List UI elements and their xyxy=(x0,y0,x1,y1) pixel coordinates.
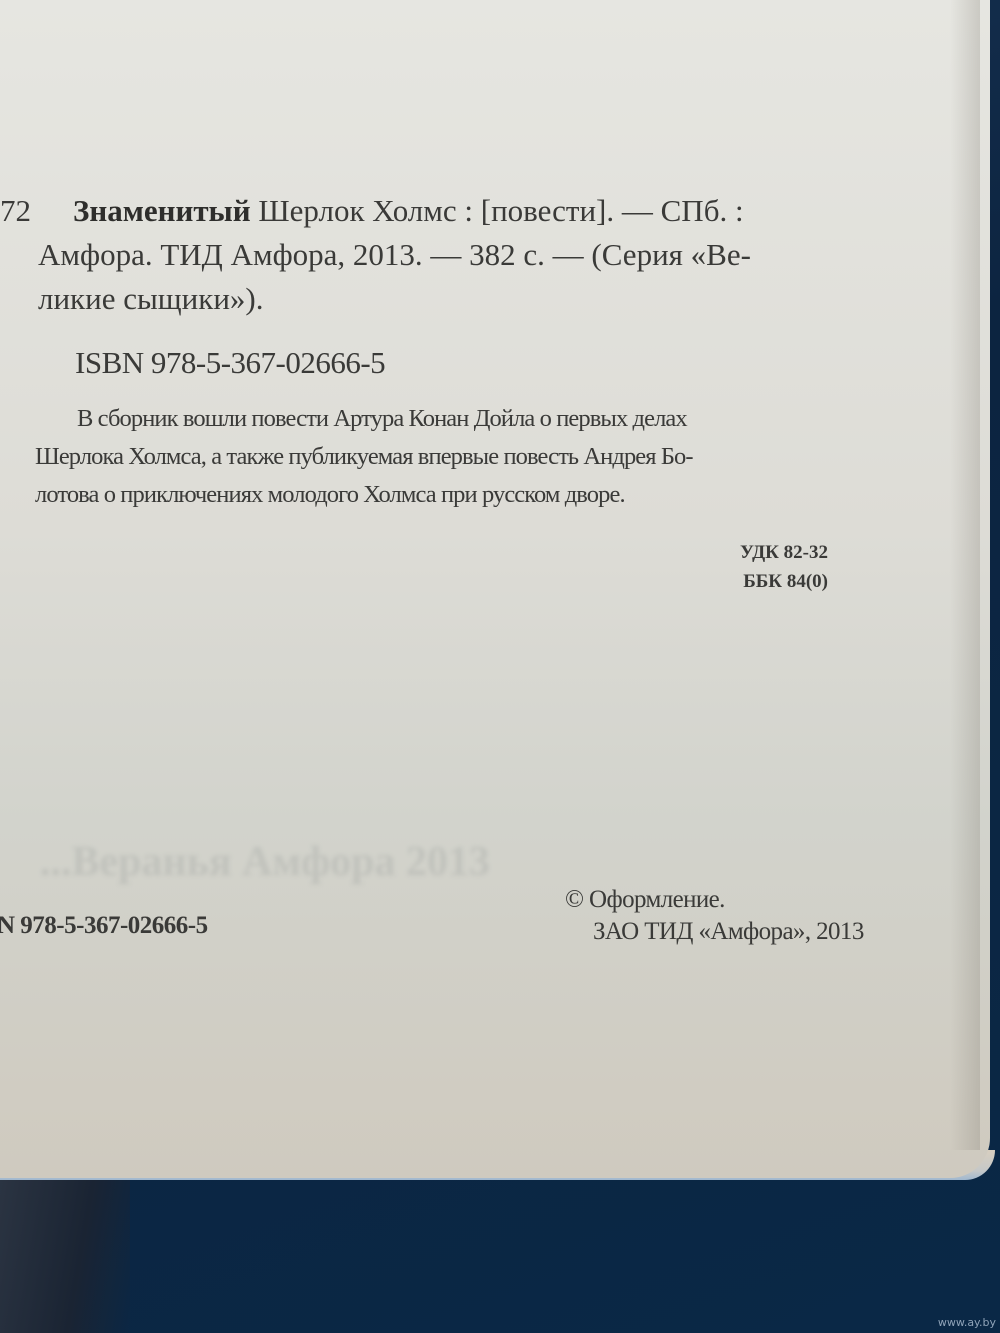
bbk-code: ББК 84(0) xyxy=(740,567,828,596)
isbn-fragment: N 978-5-367-02666-5 xyxy=(0,912,208,940)
title-bold: Знаменитый xyxy=(73,193,251,228)
copyright-line-1: © Оформление. xyxy=(565,884,864,916)
copyright-block: © Оформление. ЗАО ТИД «Амфора», 2013 xyxy=(565,884,864,948)
abstract-line-2: Шерлока Холмса, а также публикуемая впер… xyxy=(35,438,970,476)
index-fragment: 72 xyxy=(0,193,31,228)
copyright-line-2: ЗАО ТИД «Амфора», 2013 xyxy=(565,916,864,948)
abstract-line-3: лотова о приключениях молодого Холмса пр… xyxy=(35,476,970,514)
shadow xyxy=(0,1175,130,1333)
bibliographic-line-2: Амфора. ТИД Амфора, 2013. — 382 с. — (Се… xyxy=(38,234,751,276)
bibliographic-line-3: ликие сыщики»). xyxy=(38,278,264,320)
udk-code: УДК 82-32 xyxy=(740,538,828,567)
classification-codes: УДК 82-32 ББК 84(0) xyxy=(740,538,828,596)
watermark: www.ay.by xyxy=(938,1316,996,1329)
show-through-text: ...Веранья Амфора 2013 xyxy=(40,838,490,886)
page-gutter-shade xyxy=(950,0,980,1150)
abstract-line-1: В сборник вошли повести Артура Конан Дой… xyxy=(35,400,970,438)
isbn: ISBN 978-5-367-02666-5 xyxy=(75,345,385,381)
bibliographic-line-1-rest: Шерлок Холмс : [повести]. — СПб. : xyxy=(258,193,743,228)
book-page: 72Знаменитый Шерлок Холмс : [повести]. —… xyxy=(0,0,990,1178)
abstract: В сборник вошли повести Артура Конан Дой… xyxy=(35,400,970,514)
bibliographic-line-1: 72Знаменитый Шерлок Холмс : [повести]. —… xyxy=(0,190,744,232)
